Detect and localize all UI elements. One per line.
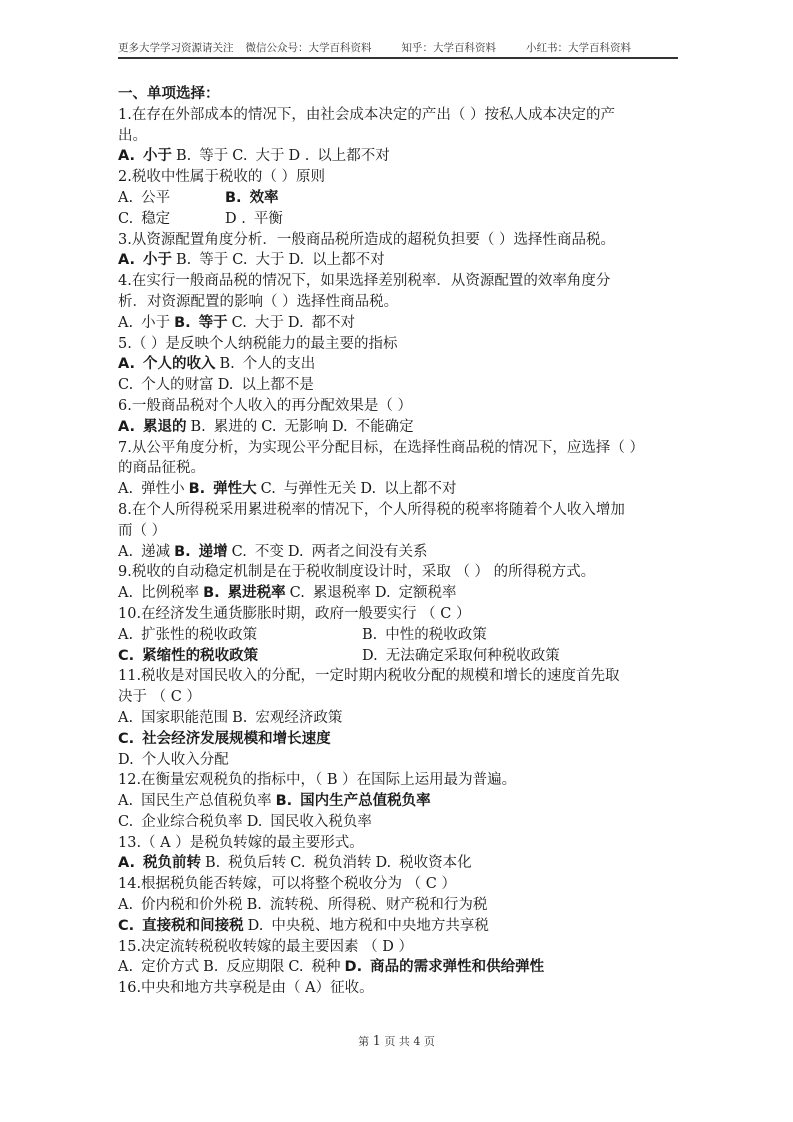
option: B.宏观经济政策: [232, 710, 342, 726]
option-text: 直接税和间接税: [142, 918, 244, 934]
option: D.两者之间没有关系: [288, 544, 428, 560]
question-8: 8.在个人所得税采用累进税率的情况下，个人所得税的税率将随着个人收入增加而（ ）…: [118, 500, 678, 562]
option-text: 等于: [199, 252, 228, 268]
option-label: B.: [205, 855, 220, 871]
question-14: 14.根据税负能否转嫁，可以将整个税收分为 （ C ）A.价内税和价外税B.流转…: [118, 874, 678, 936]
option-label: C.: [232, 252, 247, 268]
question-stem: 13.（ A ）是税负转嫁的最主要形式。: [118, 833, 678, 854]
option-label: B.: [191, 419, 206, 435]
option-text: 累退税率: [313, 585, 371, 601]
options-row: A.小于B.等于C.大于D .以上都不对: [118, 146, 678, 167]
option-correct: D.商品的需求弹性和供给弹性: [345, 959, 545, 975]
option-text: 税负后转: [228, 855, 286, 871]
option: A.小于: [118, 315, 170, 331]
option-text: 大于: [255, 315, 284, 331]
options-row: A.小于B.等于C.大于D.都不对: [118, 313, 678, 334]
option-correct: B.效率: [225, 188, 279, 209]
option: C.个人的财富: [118, 377, 214, 393]
option-text: 比例税率: [141, 585, 199, 601]
option: D.无法确定采取何种税收政策: [362, 646, 560, 667]
option-correct: A.个人的收入: [118, 356, 216, 372]
option-text: 反应期限: [226, 959, 284, 975]
option-text: 税负消转: [313, 855, 371, 871]
options-row: C.个人的财富D.以上都不是: [118, 375, 678, 396]
total-pages: 4: [413, 1035, 420, 1048]
footer-prefix: 第: [358, 1035, 369, 1048]
option-text: 税收资本化: [399, 855, 472, 871]
option-label: A.: [118, 710, 133, 726]
header-rule: [118, 57, 678, 59]
option-text: 社会经济发展规模和增长速度: [142, 731, 331, 747]
option-label: D.: [248, 918, 264, 934]
option-label: A.: [118, 897, 133, 913]
option-label: D .: [225, 211, 246, 227]
option: D.国民收入税负率: [247, 814, 372, 830]
option-label: A.: [118, 419, 135, 435]
question-10: 10.在经济发生通货膨胀时期，政府一般要实行 （ C ）A.扩张性的税收政策B.…: [118, 604, 678, 666]
option-label: A.: [118, 315, 133, 331]
option-correct: B.递增: [174, 544, 228, 560]
question-stem: 16.中央和地方共享税是由（ A）征收。: [118, 978, 678, 999]
option: B.等于: [176, 148, 228, 164]
option-text: 无法确定采取何种税收政策: [386, 648, 560, 664]
options-row: A.个人的收入B.个人的支出: [118, 354, 678, 375]
question-stem: 4.在实行一般商品税的情况下，如果选择差别税率．从资源配置的效率角度分: [118, 271, 678, 292]
option: C.大于: [232, 315, 284, 331]
options-row: A.递减B.递增C.不变D.两者之间没有关系: [118, 542, 678, 563]
option: C.与弹性无关: [261, 481, 357, 497]
option-text: 定额税率: [399, 585, 457, 601]
question-4: 4.在实行一般商品税的情况下，如果选择差别税率．从资源配置的效率角度分析．对资源…: [118, 271, 678, 333]
option-label: B.: [203, 585, 220, 601]
option-text: 递减: [141, 544, 170, 560]
option-label: A.: [118, 585, 133, 601]
section-title: 一、单项选择：: [118, 84, 678, 105]
option: A.公平: [118, 188, 221, 209]
options-row: A.累退的B.累进的C.无影响D.不能确定: [118, 417, 678, 438]
option-label: A.: [118, 627, 133, 643]
option-label: D.: [247, 814, 263, 830]
question-stem: 的商品征税。: [118, 458, 678, 479]
option-label: D.: [118, 752, 134, 768]
option-correct: A.累退的: [118, 419, 187, 435]
option-label: D .: [288, 148, 309, 164]
option-text: 累进税率: [228, 585, 286, 601]
option-text: 紧缩性的税收政策: [142, 648, 258, 664]
options-row: C.直接税和间接税D.中央税、地方税和中央地方共享税: [118, 916, 678, 937]
option-correct: A.税负前转: [118, 855, 201, 871]
question-stem: 10.在经济发生通货膨胀时期，政府一般要实行 （ C ）: [118, 604, 678, 625]
option-text: 小于: [141, 315, 170, 331]
options-row: A.小于B.等于C.大于D.以上都不对: [118, 250, 678, 271]
option-label: A.: [118, 855, 135, 871]
question-1: 1.在存在外部成本的情况下，由社会成本决定的产出（ ）按私人成本决定的产出。A.…: [118, 105, 678, 167]
option-text: 国民生产总值税负率: [141, 793, 272, 809]
option: C.稳定: [118, 209, 221, 230]
option-label: B.: [176, 252, 191, 268]
option: D.不能确定: [332, 419, 414, 435]
option-text: 个人的财富: [141, 377, 214, 393]
option-label: C.: [288, 959, 303, 975]
option-text: 等于: [199, 148, 228, 164]
option-label: C.: [118, 814, 133, 830]
option: C.税负消转: [290, 855, 371, 871]
question-stem: 2.税收中性属于税收的（ ）原则: [118, 167, 678, 188]
question-stem: 7.从公平角度分析，为实现公平分配目标，在选择性商品税的情况下，应选择（ ）: [118, 438, 678, 459]
option: D.以上都不是: [218, 377, 314, 393]
option-label: C.: [118, 211, 133, 227]
option-correct: C.社会经济发展规模和增长速度: [118, 731, 331, 747]
option: A.扩张性的税收政策: [118, 625, 358, 646]
options-row: A.定价方式B.反应期限C.税种D.商品的需求弹性和供给弹性: [118, 957, 678, 978]
option-label: B.: [189, 481, 206, 497]
option-text: 扩张性的税收政策: [141, 627, 257, 643]
option: D.都不对: [288, 315, 355, 331]
question-list: 1.在存在外部成本的情况下，由社会成本决定的产出（ ）按私人成本决定的产出。A.…: [118, 105, 678, 999]
option-text: 平衡: [254, 211, 283, 227]
option: C.企业综合税负率: [118, 814, 243, 830]
question-stem: 9.税收的自动稳定机制是在于税收制度设计时，采取 （ ） 的所得税方式。: [118, 562, 678, 583]
option-text: 价内税和价外税: [141, 897, 243, 913]
option-label: D.: [345, 959, 363, 975]
option: D.定额税率: [375, 585, 457, 601]
option: A.递减: [118, 544, 170, 560]
option-text: 弹性大: [213, 481, 257, 497]
question-stem: 1.在存在外部成本的情况下，由社会成本决定的产出（ ）按私人成本决定的产: [118, 105, 678, 126]
option-text: 稳定: [141, 211, 170, 227]
option: A.价内税和价外税: [118, 897, 243, 913]
question-3: 3.从资源配置角度分析．一般商品税所造成的超税负担要（ ）选择性商品税。A.小于…: [118, 230, 678, 272]
option-label: A.: [118, 544, 133, 560]
option-text: 以上都不对: [384, 481, 457, 497]
option-label: D.: [288, 315, 304, 331]
question-stem: 决于 （ C ）: [118, 687, 678, 708]
option-text: 都不对: [312, 315, 356, 331]
option-label: A.: [118, 959, 133, 975]
option: C.累退税率: [290, 585, 371, 601]
question-6: 6.一般商品税对个人收入的再分配效果是（ ）A.累退的B.累进的C.无影响D.不…: [118, 396, 678, 438]
option-label: C.: [290, 855, 305, 871]
option: D.个人收入分配: [118, 752, 229, 768]
question-stem: 6.一般商品税对个人收入的再分配效果是（ ）: [118, 396, 678, 417]
options-row: A.税负前转B.税负后转C.税负消转D.税收资本化: [118, 853, 678, 874]
option: B.个人的支出: [220, 356, 316, 372]
option-label: A.: [118, 190, 133, 206]
option-label: C.: [118, 377, 133, 393]
option-label: C.: [118, 731, 134, 747]
option-label: B.: [174, 315, 191, 331]
option-correct: C.紧缩性的税收政策: [118, 646, 358, 667]
option-label: B.: [362, 627, 377, 643]
option-text: 不能确定: [356, 419, 414, 435]
options-row: A.弹性小B.弹性大C.与弹性无关D.以上都不对: [118, 479, 678, 500]
option: D.以上都不对: [360, 481, 456, 497]
question-15: 15.决定流转税税收转嫁的最主要因素 （ D ）A.定价方式B.反应期限C.税种…: [118, 937, 678, 979]
option-correct: C.直接税和间接税: [118, 918, 244, 934]
option-text: 递增: [199, 544, 228, 560]
option: C.不变: [232, 544, 284, 560]
option: D.以上都不对: [288, 252, 384, 268]
option-text: 大于: [255, 148, 284, 164]
option-correct: B.累进税率: [203, 585, 286, 601]
option-correct: A.小于: [118, 148, 172, 164]
question-11: 11.税收是对国民收入的分配，一定时期内税收分配的规模和增长的速度首先取决于 （…: [118, 666, 678, 770]
option-correct: B.等于: [174, 315, 228, 331]
options-row: D.个人收入分配: [118, 750, 678, 771]
question-9: 9.税收的自动稳定机制是在于税收制度设计时，采取 （ ） 的所得税方式。A.比例…: [118, 562, 678, 604]
option-text: 中性的税收政策: [385, 627, 487, 643]
option-text: 两者之间没有关系: [312, 544, 428, 560]
option-label: B.: [174, 544, 191, 560]
options-row: A.比例税率B.累进税率C.累退税率D.定额税率: [118, 583, 678, 604]
option-text: 国民收入税负率: [270, 814, 372, 830]
option-label: A.: [118, 252, 135, 268]
option: C.大于: [232, 252, 284, 268]
option: C.无影响: [261, 419, 328, 435]
option-text: 税负前转: [143, 855, 201, 871]
option-label: C.: [261, 481, 276, 497]
question-stem: 8.在个人所得税采用累进税率的情况下，个人所得税的税率将随着个人收入增加: [118, 500, 678, 521]
option: B.流转税、所得税、财产税和行为税: [247, 897, 488, 913]
option-label: B.: [232, 710, 247, 726]
option-text: 个人的收入: [143, 356, 216, 372]
question-stem: 出。: [118, 126, 678, 147]
question-stem: 15.决定流转税税收转嫁的最主要因素 （ D ）: [118, 937, 678, 958]
option-text: 小于: [143, 148, 172, 164]
option-text: 以上都不对: [312, 252, 385, 268]
option: A.定价方式: [118, 959, 199, 975]
option-text: 无影响: [284, 419, 328, 435]
option-text: 公平: [141, 190, 170, 206]
page-footer: 第 1 页 共 4 页: [0, 1033, 793, 1049]
options-row: C.企业综合税负率D.国民收入税负率: [118, 812, 678, 833]
option-text: 国内生产总值税负率: [300, 793, 431, 809]
question-16: 16.中央和地方共享税是由（ A）征收。: [118, 978, 678, 999]
option-label: D.: [375, 855, 391, 871]
question-stem: 5.（ ）是反映个人纳税能力的最主要的指标: [118, 334, 678, 355]
option-text: 个人的支出: [243, 356, 316, 372]
option-label: C.: [261, 419, 276, 435]
option: A.国民生产总值税负率: [118, 793, 272, 809]
option-text: 中央税、地方税和中央地方共享税: [271, 918, 489, 934]
options-row: A.扩张性的税收政策B.中性的税收政策: [118, 625, 678, 646]
option-label: C.: [232, 544, 247, 560]
option-text: 不变: [255, 544, 284, 560]
option-label: A.: [118, 793, 133, 809]
options-row: C.稳定D .平衡: [118, 209, 678, 230]
option-label: D.: [362, 648, 378, 664]
option-label: D.: [332, 419, 348, 435]
option: D .平衡: [225, 209, 283, 230]
option: A.国家职能范围: [118, 710, 228, 726]
option-text: 效率: [250, 190, 279, 206]
option-label: C.: [232, 315, 247, 331]
option-label: D.: [360, 481, 376, 497]
option-text: 企业综合税负率: [141, 814, 243, 830]
options-row: C.紧缩性的税收政策D.无法确定采取何种税收政策: [118, 646, 678, 667]
options-row: C.社会经济发展规模和增长速度: [118, 729, 678, 750]
option-label: D.: [218, 377, 234, 393]
option: B.反应期限: [203, 959, 284, 975]
page-number: 1: [373, 1034, 381, 1049]
option-text: 以上都不对: [317, 148, 390, 164]
option-label: D.: [375, 585, 391, 601]
option-label: A.: [118, 148, 135, 164]
question-13: 13.（ A ）是税负转嫁的最主要形式。A.税负前转B.税负后转C.税负消转D.…: [118, 833, 678, 875]
option-label: C.: [290, 585, 305, 601]
option: C.税种: [288, 959, 340, 975]
option: D.中央税、地方税和中央地方共享税: [248, 918, 489, 934]
options-row: A.公平B.效率: [118, 188, 678, 209]
option-label: B.: [276, 793, 293, 809]
option-correct: A.小于: [118, 252, 172, 268]
option-text: 个人收入分配: [142, 752, 229, 768]
option-label: C.: [118, 648, 134, 664]
question-7: 7.从公平角度分析，为实现公平分配目标，在选择性商品税的情况下，应选择（ ）的商…: [118, 438, 678, 500]
header-promo: 更多大学学习资源请关注: [118, 40, 234, 55]
option: A.弹性小: [118, 481, 185, 497]
options-row: A.国民生产总值税负率B.国内生产总值税负率: [118, 791, 678, 812]
header-zhihu: 知乎：大学百科资料: [402, 40, 497, 55]
option: C.大于: [232, 148, 284, 164]
option-label: D.: [288, 544, 304, 560]
option-label: B.: [220, 356, 235, 372]
option-label: C.: [118, 918, 134, 934]
option-label: B.: [247, 897, 262, 913]
option-text: 与弹性无关: [284, 481, 357, 497]
option-text: 宏观经济政策: [255, 710, 342, 726]
footer-middle: 页 共: [384, 1035, 410, 1048]
option-text: 税种: [312, 959, 341, 975]
option-label: B.: [203, 959, 218, 975]
option-text: 定价方式: [141, 959, 199, 975]
question-stem: 12.在衡量宏观税负的指标中，（ B ）在国际上运用最为普遍。: [118, 770, 678, 791]
question-5: 5.（ ）是反映个人纳税能力的最主要的指标A.个人的收入B.个人的支出C.个人的…: [118, 334, 678, 396]
option-label: D.: [288, 252, 304, 268]
option-text: 累进的: [214, 419, 258, 435]
question-stem: 而（ ）: [118, 521, 678, 542]
option-text: 流转税、所得税、财产税和行为税: [270, 897, 488, 913]
option: A.比例税率: [118, 585, 199, 601]
option-text: 国家职能范围: [141, 710, 228, 726]
option-text: 大于: [255, 252, 284, 268]
question-stem: 11.税收是对国民收入的分配，一定时期内税收分配的规模和增长的速度首先取: [118, 666, 678, 687]
option-text: 累退的: [143, 419, 187, 435]
option-text: 弹性小: [141, 481, 185, 497]
page-header: 更多大学学习资源请关注微信公众号：大学百科资料知乎：大学百科资料小红书：大学百科…: [118, 40, 678, 55]
option-text: 等于: [199, 315, 228, 331]
question-12: 12.在衡量宏观税负的指标中，（ B ）在国际上运用最为普遍。A.国民生产总值税…: [118, 770, 678, 832]
question-stem: 14.根据税负能否转嫁，可以将整个税收分为 （ C ）: [118, 874, 678, 895]
options-row: A.国家职能范围B.宏观经济政策: [118, 708, 678, 729]
option-label: A.: [118, 481, 133, 497]
option-text: 商品的需求弹性和供给弹性: [370, 959, 544, 975]
option-text: 以上都不是: [241, 377, 314, 393]
question-stem: 3.从资源配置角度分析．一般商品税所造成的超税负担要（ ）选择性商品税。: [118, 230, 678, 251]
option-label: B.: [176, 148, 191, 164]
footer-suffix: 页: [424, 1035, 435, 1048]
question-stem: 析．对资源配置的影响（ ）选择性商品税。: [118, 292, 678, 313]
options-row: A.价内税和价外税B.流转税、所得税、财产税和行为税: [118, 895, 678, 916]
option: D.税收资本化: [375, 855, 471, 871]
document-body: 一、单项选择： 1.在存在外部成本的情况下，由社会成本决定的产出（ ）按私人成本…: [118, 84, 678, 999]
option-label: A.: [118, 356, 135, 372]
option: D .以上都不对: [288, 148, 389, 164]
question-2: 2.税收中性属于税收的（ ）原则A.公平B.效率C.稳定D .平衡: [118, 167, 678, 229]
option-correct: B.国内生产总值税负率: [276, 793, 431, 809]
option: B.累进的: [191, 419, 258, 435]
option: B.中性的税收政策: [362, 625, 487, 646]
option-correct: B.弹性大: [189, 481, 257, 497]
option: B.等于: [176, 252, 228, 268]
header-xiaohongshu: 小红书：大学百科资料: [526, 40, 631, 55]
header-wechat: 微信公众号：大学百科资料: [246, 40, 372, 55]
option: B.税负后转: [205, 855, 286, 871]
option-label: B.: [225, 190, 242, 206]
option-text: 小于: [143, 252, 172, 268]
option-label: C.: [232, 148, 247, 164]
